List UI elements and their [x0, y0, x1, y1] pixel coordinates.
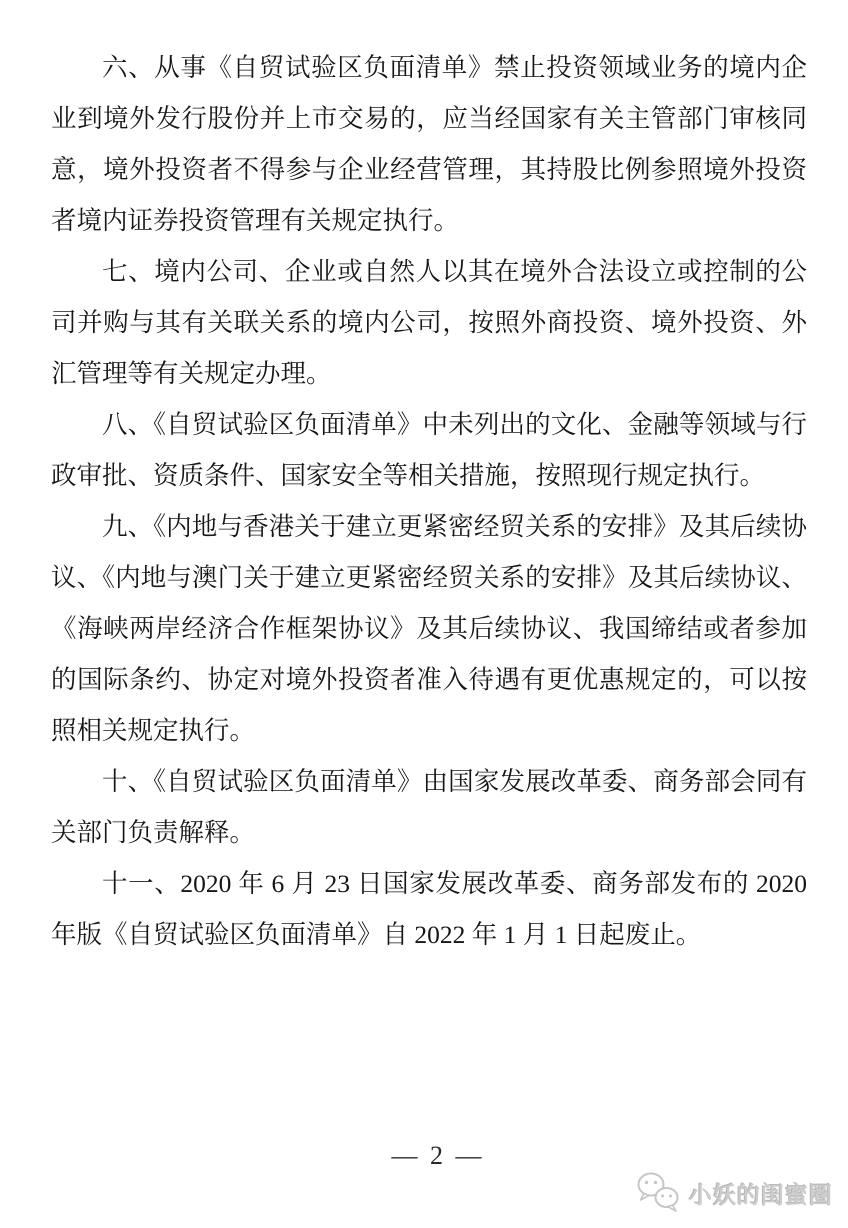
page-footer: — 2 —	[0, 1141, 848, 1171]
paragraph-item-6: 六、从事《自贸试验区负面清单》禁止投资领域业务的境内企业到境外发行股份并上市交易…	[51, 42, 807, 246]
document-page: 六、从事《自贸试验区负面清单》禁止投资领域业务的境内企业到境外发行股份并上市交易…	[0, 0, 848, 1228]
wechat-icon	[636, 1171, 682, 1215]
document-body: 六、从事《自贸试验区负面清单》禁止投资领域业务的境内企业到境外发行股份并上市交易…	[51, 42, 807, 960]
paragraph-item-7: 七、境内公司、企业或自然人以其在境外合法设立或控制的公司并购与其有关联关系的境内…	[51, 246, 807, 399]
page-number: — 2 —	[392, 1141, 485, 1170]
paragraph-item-10: 十、《自贸试验区负面清单》由国家发展改革委、商务部会同有关部门负责解释。	[51, 756, 807, 858]
paragraph-item-8: 八、《自贸试验区负面清单》中未列出的文化、金融等领域与行政审批、资质条件、国家安…	[51, 399, 807, 501]
watermark: 小妖的闺蜜圈	[636, 1171, 833, 1215]
paragraph-item-9: 九、《内地与香港关于建立更紧密经贸关系的安排》及其后续协议、《内地与澳门关于建立…	[51, 501, 807, 756]
watermark-text: 小妖的闺蜜圈	[689, 1177, 833, 1210]
paragraph-item-11: 十一、2020 年 6 月 23 日国家发展改革委、商务部发布的 2020 年版…	[51, 858, 807, 960]
